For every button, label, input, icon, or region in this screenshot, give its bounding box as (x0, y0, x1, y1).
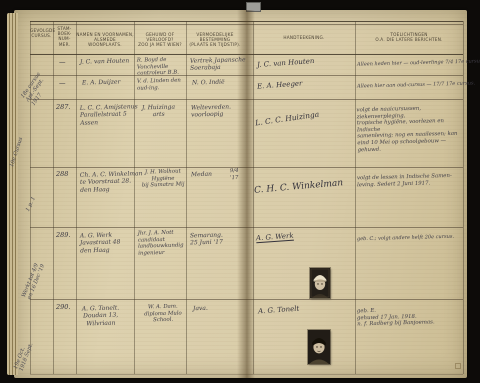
table-line (30, 99, 463, 100)
entry-bestemming: Weltevreden. voorloopig (191, 103, 231, 119)
stamboek-number: 288 (56, 170, 68, 178)
entry-bestemming-datum: 9/4 '17 (230, 168, 239, 181)
table-line (134, 21, 135, 374)
entry-naam: Ch. A. C. Winkelman te Voorstraat 28. de… (80, 170, 143, 194)
column-header-stamboeknummer: STAM- BOEK- NUM- MER. (53, 26, 76, 47)
column-header-naam: NAMEN EN VOORNAMEN, ALSMEDE WOONPLAATS. (76, 32, 134, 48)
table-line (30, 21, 463, 22)
stamboek-number: — (59, 58, 66, 66)
table-line (30, 75, 463, 76)
entry-naam: J. C. van Houten (80, 57, 129, 66)
entry-naam: A. G. Tonelt. Doudan 13, Wilvriaan (82, 305, 120, 328)
column-header-handteekening: HANDTEEKENING. (253, 35, 355, 40)
page-stamp-mark (455, 363, 461, 369)
album-scan: GEVOLGDE CURSUS. STAM- BOEK- NUM- MER. N… (0, 0, 480, 383)
stamboek-number: 289. (56, 231, 70, 239)
entry-gehuwd: V. d. Linden den oud-ing. (137, 77, 189, 92)
entry-bestemming: Semarang. 25 Juni '17 (190, 232, 223, 248)
entry-bestemming: Java. (193, 305, 208, 313)
stamboek-number: 287. (56, 103, 70, 111)
table-line (30, 299, 463, 300)
table-line (355, 21, 356, 374)
table-line (30, 54, 463, 55)
book-page-edges (7, 13, 18, 375)
table-line (253, 21, 254, 374)
portrait-photo (308, 330, 330, 364)
entry-naam: A. G. Werk Javastraat 48 den Haag (80, 231, 121, 254)
table-line (30, 374, 463, 375)
entry-gehuwd: J. Huizinga arts (142, 104, 176, 120)
table-line (76, 21, 77, 374)
table-line (30, 24, 463, 25)
entry-bestemming: N. O. Indië (192, 79, 225, 87)
entry-bestemming: Medan (191, 171, 212, 179)
bookmark-tab (246, 2, 261, 12)
column-header-gehuwd: GEHUWD OF VERLOOFD? ZOO JA MET WIEN? (134, 32, 186, 48)
stamboek-number: — (59, 79, 66, 87)
column-header-cursus: GEVOLGDE CURSUS. (30, 28, 53, 38)
entry-toelichting: geb. E. gehuwd 17 Jan. 1918. n. f. Radbe… (357, 306, 463, 329)
entry-gehuwd: W. A. Dam. diploma Mulo School. (138, 303, 189, 324)
entry-bestemming: Vertrek Japansche Soerabaja (190, 56, 246, 72)
stamboek-number: 290. (56, 303, 70, 311)
table-line (53, 21, 54, 374)
entry-gehuwd: J. H. Wolhout Hygiëne bij Sumatra Mij (138, 168, 189, 189)
portrait-photo (310, 268, 330, 298)
table-line (30, 227, 463, 228)
column-header-bestemming: VERMOEDELIJKE BESTEMMING (PLAATS EN TIJD… (186, 32, 244, 48)
column-header-toelichtingen: TOELICHTINGEN O.A. DIE LATERE BERICHTEN. (355, 32, 463, 42)
table-line (30, 167, 463, 168)
entry-toelichting: volgt de naaicursussen, ziekenverpleging… (356, 105, 463, 154)
entry-naam: L. C. C. Amijstenus Parallelstraat 5 Ass… (80, 103, 138, 127)
entry-naam: E. A. Duijzer (82, 78, 121, 86)
entry-toelichting: volgt de lessen in Indische Samen- levin… (357, 173, 463, 189)
entry-gehuwd: R. Boyd de Voncheville controleur B.B. (137, 56, 190, 77)
entry-gehuwd: Jhr. J. A. Nott candidaat landbouwkundig… (138, 229, 189, 257)
